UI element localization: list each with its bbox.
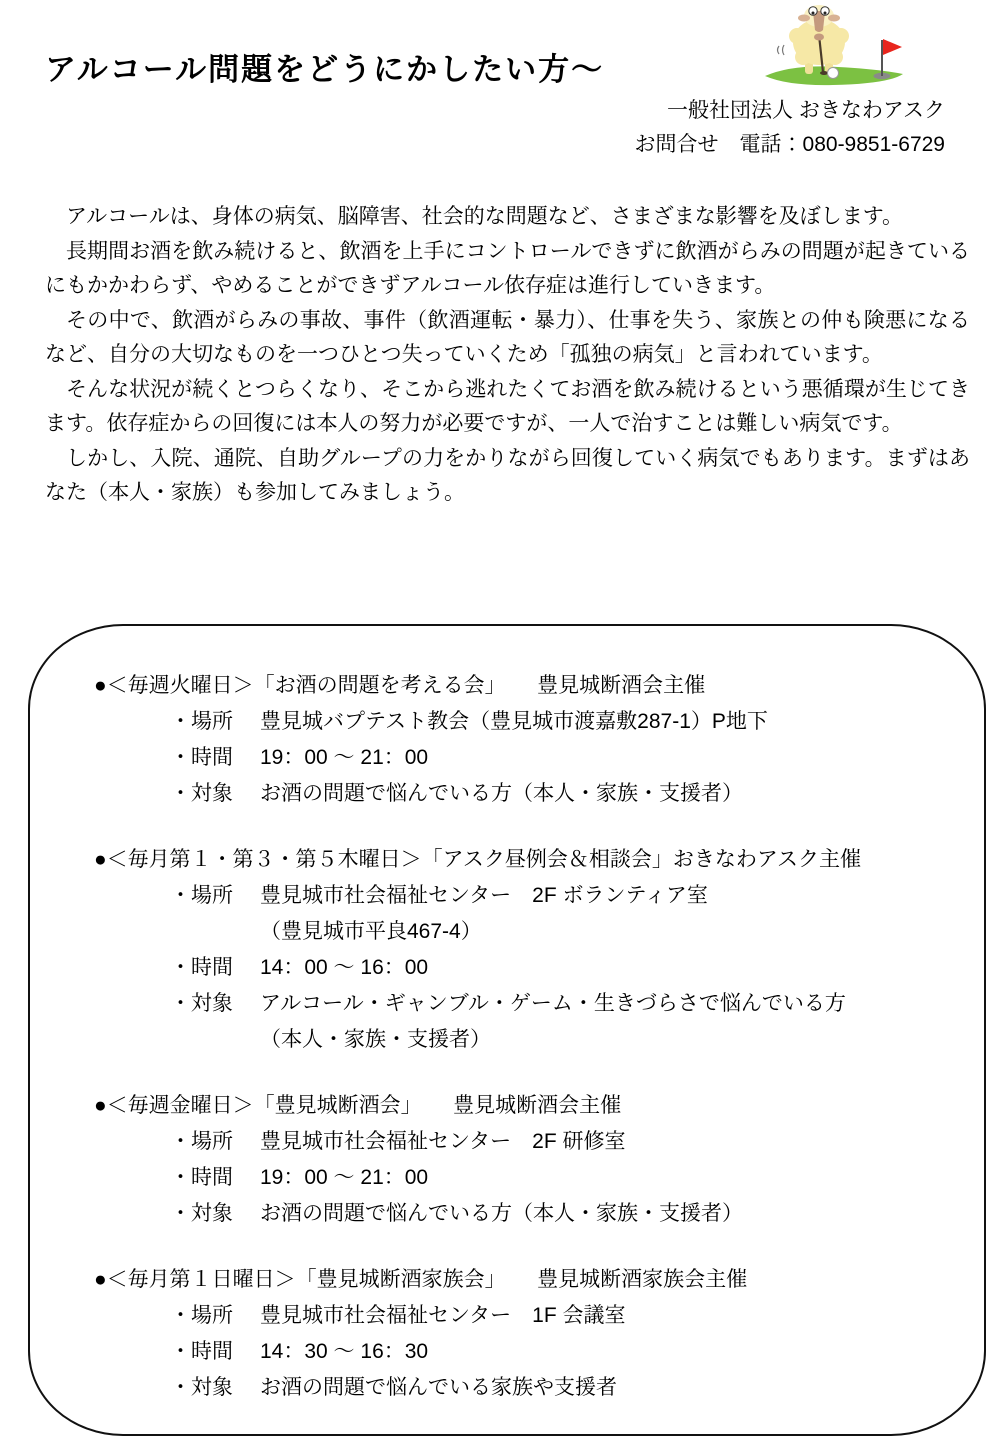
event-row-label: ・時間 (170, 950, 260, 986)
event-row-value: 14：30 ～ 16：30 (260, 1334, 984, 1370)
page-title: アルコール問題をどうにかしたい方～ (45, 44, 604, 89)
event-row: ・対象 お酒の問題で悩んでいる方（本人・家族・支援者） (170, 776, 984, 812)
event-row-label: ・場所 (170, 1124, 260, 1160)
intro-paragraph: その中で、飲酒がらみの事故、事件（飲酒運転・暴力）、仕事を失う、家族との仲も険悪… (45, 304, 970, 373)
event-row-label: ・時間 (170, 740, 260, 776)
event-row: ・時間 19：00 ～ 21：00 (170, 740, 984, 776)
flyer-page: アルコール問題をどうにかしたい方～ (0, 0, 1000, 1450)
event-row-value: お酒の問題で悩んでいる方（本人・家族・支援者） (260, 776, 984, 812)
event-row-value: お酒の問題で悩んでいる方（本人・家族・支援者） (260, 1196, 984, 1232)
event-row: ・時間 14：30 ～ 16：30 (170, 1334, 984, 1370)
event-heading: ●＜毎月第１・第３・第５木曜日＞「アスク昼例会＆相談会」おきなわアスク主催 (94, 842, 984, 878)
event-row-value: （豊見城市平良467-4） (260, 914, 984, 950)
event-row-value: （本人・家族・支援者） (260, 1022, 984, 1058)
header-contact-block: 一般社団法人 おきなわアスク お問合せ 電話：080-9851-6729 (635, 94, 945, 162)
event-row: ・対象 お酒の問題で悩んでいる方（本人・家族・支援者） (170, 1196, 984, 1232)
event-row: （豊見城市平良467-4） (170, 914, 984, 950)
org-name: 一般社団法人 おきなわアスク (635, 94, 945, 128)
events-box: ●＜毎週火曜日＞「お酒の問題を考える会」 豊見城断酒会主催 ・場所 豊見城バプテ… (28, 624, 986, 1436)
intro-text: アルコールは、身体の病気、脳障害、社会的な問題など、さまざまな影響を及ぼします。… (45, 200, 970, 511)
sheep-golf-illustration (763, 2, 905, 88)
intro-paragraph: しかし、入院、通院、自助グループの力をかりながら回復していく病気でもあります。ま… (45, 442, 970, 511)
intro-paragraph: 長期間お酒を飲み続けると、飲酒を上手にコントロールできずに飲酒がらみの問題が起き… (45, 235, 970, 304)
event-row-value: 豊見城市社会福祉センター 2F 研修室 (260, 1124, 984, 1160)
event-row: ・時間 14：00 ～ 16：00 (170, 950, 984, 986)
event-row-value: お酒の問題で悩んでいる家族や支援者 (260, 1370, 984, 1406)
event-row-label: ・対象 (170, 1370, 260, 1406)
event-heading: ●＜毎月第１日曜日＞「豊見城断酒家族会」 豊見城断酒家族会主催 (94, 1262, 984, 1298)
contact-phone: お問合せ 電話：080-9851-6729 (635, 128, 945, 162)
event-row-label: ・時間 (170, 1160, 260, 1196)
event-row-label: ・時間 (170, 1334, 260, 1370)
event-row-label: ・場所 (170, 704, 260, 740)
event-weekly-tuesday: ●＜毎週火曜日＞「お酒の問題を考える会」 豊見城断酒会主催 ・場所 豊見城バプテ… (30, 668, 984, 812)
golf-ball (828, 68, 839, 79)
event-row-label: ・対象 (170, 776, 260, 812)
event-row-label (170, 1022, 260, 1058)
event-row-label: ・場所 (170, 1298, 260, 1334)
event-row-value: 19：00 ～ 21：00 (260, 740, 984, 776)
event-row: ・場所 豊見城バプテスト教会（豊見城市渡嘉敷287-1）P地下 (170, 704, 984, 740)
event-monthly-sunday: ●＜毎月第１日曜日＞「豊見城断酒家族会」 豊見城断酒家族会主催 ・場所 豊見城市… (30, 1262, 984, 1406)
event-row: ・場所 豊見城市社会福祉センター 1F 会議室 (170, 1298, 984, 1334)
event-row-value: 豊見城バプテスト教会（豊見城市渡嘉敷287-1）P地下 (260, 704, 984, 740)
event-row-label: ・対象 (170, 986, 260, 1022)
event-row-label: ・対象 (170, 1196, 260, 1232)
event-heading: ●＜毎週火曜日＞「お酒の問題を考える会」 豊見城断酒会主催 (94, 668, 984, 704)
event-row-value: 豊見城市社会福祉センター 2F ボランティア室 (260, 878, 984, 914)
sheep (789, 5, 849, 75)
event-monthly-thursday: ●＜毎月第１・第３・第５木曜日＞「アスク昼例会＆相談会」おきなわアスク主催 ・場… (30, 842, 984, 1058)
intro-paragraph: アルコールは、身体の病気、脳障害、社会的な問題など、さまざまな影響を及ぼします。 (45, 200, 970, 235)
motion-marks (778, 45, 785, 55)
intro-paragraph: そんな状況が続くとつらくなり、そこから逃れたくてお酒を飲み続けるという悪循環が生… (45, 373, 970, 442)
event-row: ・対象 アルコール・ギャンブル・ゲーム・生きづらさで悩んでいる方 (170, 986, 984, 1022)
event-row: ・対象 お酒の問題で悩んでいる家族や支援者 (170, 1370, 984, 1406)
event-row-value: 14：00 ～ 16：00 (260, 950, 984, 986)
event-row-label (170, 914, 260, 950)
event-heading: ●＜毎週金曜日＞「豊見城断酒会」 豊見城断酒会主催 (94, 1088, 984, 1124)
event-row: ・時間 19：00 ～ 21：00 (170, 1160, 984, 1196)
event-row-label: ・場所 (170, 878, 260, 914)
event-row-value: 19：00 ～ 21：00 (260, 1160, 984, 1196)
event-row: （本人・家族・支援者） (170, 1022, 984, 1058)
event-row: ・場所 豊見城市社会福祉センター 2F 研修室 (170, 1124, 984, 1160)
event-row-value: アルコール・ギャンブル・ゲーム・生きづらさで悩んでいる方 (260, 986, 984, 1022)
event-weekly-friday: ●＜毎週金曜日＞「豊見城断酒会」 豊見城断酒会主催 ・場所 豊見城市社会福祉セン… (30, 1088, 984, 1232)
event-row: ・場所 豊見城市社会福祉センター 2F ボランティア室 (170, 878, 984, 914)
event-row-value: 豊見城市社会福祉センター 1F 会議室 (260, 1298, 984, 1334)
